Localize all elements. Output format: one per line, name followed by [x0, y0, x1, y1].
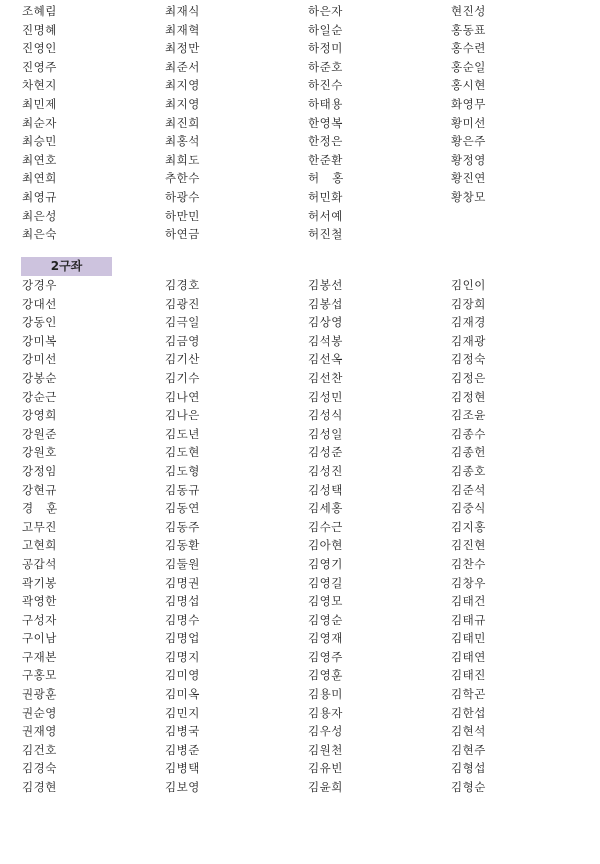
name-cell: 김명지 [165, 648, 200, 667]
name-cell: 김석봉 [308, 332, 343, 351]
name-cell: 진영주 [22, 58, 57, 77]
name-cell: 김성식 [308, 406, 343, 425]
name-row: 최연희추한수허 홍황진연 [0, 169, 600, 188]
name-cell: 곽기봉 [22, 574, 57, 593]
name-cell: 차현지 [22, 76, 57, 95]
name-cell: 김영모 [308, 592, 343, 611]
name-cell: 강정임 [22, 462, 57, 481]
name-cell: 강현규 [22, 481, 57, 500]
name-row: 곽기봉김명권김영길김창우 [0, 574, 600, 593]
name-cell: 한정은 [308, 132, 343, 151]
name-cell: 김형순 [451, 778, 486, 797]
name-cell: 구재본 [22, 648, 57, 667]
name-cell: 추한수 [165, 169, 200, 188]
name-cell: 김학곤 [451, 685, 486, 704]
name-row: 강원준김도년김성일김종수 [0, 425, 600, 444]
name-cell: 한준환 [308, 151, 343, 170]
name-cell: 조혜림 [22, 2, 57, 21]
name-cell: 김진현 [451, 536, 486, 555]
name-row: 강미선김기산김선옥김정숙 [0, 350, 600, 369]
name-row: 고현희김동환김아현김진현 [0, 536, 600, 555]
name-cell: 최영규 [22, 188, 57, 207]
name-cell: 김형섭 [451, 759, 486, 778]
name-cell: 김병택 [165, 759, 200, 778]
name-cell: 김수근 [308, 518, 343, 537]
name-row: 김건호김병준김원천김현주 [0, 741, 600, 760]
name-cell: 김동주 [165, 518, 200, 537]
name-cell: 권광훈 [22, 685, 57, 704]
name-cell: 김현주 [451, 741, 486, 760]
name-cell: 하연금 [165, 225, 200, 244]
name-cell: 최연호 [22, 151, 57, 170]
name-cell: 진명혜 [22, 21, 57, 40]
name-row: 권재영김병국김우성김현석 [0, 722, 600, 741]
name-cell: 김종호 [451, 462, 486, 481]
name-cell: 김태건 [451, 592, 486, 611]
name-cell: 김영재 [308, 629, 343, 648]
name-cell: 김창우 [451, 574, 486, 593]
name-cell: 곽영한 [22, 592, 57, 611]
name-cell: 홍수련 [451, 39, 486, 58]
name-cell: 김기수 [165, 369, 200, 388]
name-cell: 최준서 [165, 58, 200, 77]
name-cell: 하정미 [308, 39, 343, 58]
name-row: 권광훈김미옥김용미김학곤 [0, 685, 600, 704]
name-row: 고무진김동주김수근김지홍 [0, 518, 600, 537]
name-row: 경 훈김동연김세홍김중식 [0, 499, 600, 518]
name-cell: 강대선 [22, 295, 57, 314]
name-row: 조혜림최재식하은자현진성 [0, 2, 600, 21]
name-cell: 김성진 [308, 462, 343, 481]
name-row: 최은숙하연금허진철 [0, 225, 600, 244]
name-cell: 김성민 [308, 388, 343, 407]
name-cell: 최순자 [22, 114, 57, 133]
name-cell: 김태민 [451, 629, 486, 648]
name-row: 강정임김도형김성진김종호 [0, 462, 600, 481]
name-cell: 김명수 [165, 611, 200, 630]
name-cell: 김영길 [308, 574, 343, 593]
name-cell: 화영무 [451, 95, 486, 114]
name-row: 강미복김금영김석봉김재광 [0, 332, 600, 351]
name-cell: 최은성 [22, 207, 57, 226]
name-cell: 최민제 [22, 95, 57, 114]
name-cell: 최재식 [165, 2, 200, 21]
name-cell: 김유빈 [308, 759, 343, 778]
name-cell: 김정숙 [451, 350, 486, 369]
name-cell: 김중식 [451, 499, 486, 518]
name-cell: 최정만 [165, 39, 200, 58]
name-cell: 홍시현 [451, 76, 486, 95]
name-cell: 김태연 [451, 648, 486, 667]
name-cell: 강미선 [22, 350, 57, 369]
name-cell: 김종수 [451, 425, 486, 444]
name-cell: 김동환 [165, 536, 200, 555]
name-cell: 하일순 [308, 21, 343, 40]
name-row: 강경우김경호김봉선김인이 [0, 276, 600, 295]
name-cell: 김재광 [451, 332, 486, 351]
name-cell: 고현희 [22, 536, 57, 555]
name-cell: 김민지 [165, 704, 200, 723]
name-cell: 김성택 [308, 481, 343, 500]
name-row: 강봉순김기수김선찬김정은 [0, 369, 600, 388]
name-row: 김경현김보영김윤희김형순 [0, 778, 600, 797]
name-cell: 강경우 [22, 276, 57, 295]
name-row: 권순영김민지김용자김한섭 [0, 704, 600, 723]
name-row: 최연호최희도한준환황정영 [0, 151, 600, 170]
name-cell: 김경현 [22, 778, 57, 797]
name-cell: 강순근 [22, 388, 57, 407]
name-row: 최순자최진희한영복황미선 [0, 114, 600, 133]
name-cell: 황정영 [451, 151, 486, 170]
name-cell: 최지영 [165, 95, 200, 114]
name-cell: 황미선 [451, 114, 486, 133]
name-row: 강원호김도현김성준김종헌 [0, 443, 600, 462]
name-cell: 최진희 [165, 114, 200, 133]
name-cell: 김명업 [165, 629, 200, 648]
name-cell: 김건호 [22, 741, 57, 760]
name-cell: 김정현 [451, 388, 486, 407]
name-cell: 김준석 [451, 481, 486, 500]
name-cell: 현진성 [451, 2, 486, 21]
name-cell: 김광진 [165, 295, 200, 314]
name-cell: 김봉섭 [308, 295, 343, 314]
name-cell: 김재경 [451, 313, 486, 332]
name-cell: 권재영 [22, 722, 57, 741]
name-cell: 김지홍 [451, 518, 486, 537]
name-cell: 김원천 [308, 741, 343, 760]
name-row: 강동인김극일김상영김재경 [0, 313, 600, 332]
name-cell: 김현석 [451, 722, 486, 741]
name-row: 공갑석김둘원김영기김찬수 [0, 555, 600, 574]
name-cell: 김용미 [308, 685, 343, 704]
name-cell: 김동규 [165, 481, 200, 500]
name-cell: 김미옥 [165, 685, 200, 704]
name-cell: 김영주 [308, 648, 343, 667]
name-cell: 황은주 [451, 132, 486, 151]
name-cell: 김병국 [165, 722, 200, 741]
name-cell: 구이남 [22, 629, 57, 648]
name-cell: 권순영 [22, 704, 57, 723]
name-cell: 김성준 [308, 443, 343, 462]
name-cell: 최홍석 [165, 132, 200, 151]
name-row: 구홍모김미영김영훈김태진 [0, 666, 600, 685]
name-row: 강대선김광진김봉섭김장희 [0, 295, 600, 314]
name-cell: 김도년 [165, 425, 200, 444]
name-cell: 김둘원 [165, 555, 200, 574]
name-cell: 김영기 [308, 555, 343, 574]
name-cell: 김나은 [165, 406, 200, 425]
name-cell: 김선옥 [308, 350, 343, 369]
name-cell: 최지영 [165, 76, 200, 95]
section-1-name-list: 조혜림최재식하은자현진성진명혜최재혁하일순홍동표진영인최정만하정미홍수련진영주최… [0, 2, 600, 244]
name-cell: 김명섭 [165, 592, 200, 611]
name-cell: 최희도 [165, 151, 200, 170]
section-2-header: 2구좌 [21, 257, 112, 276]
name-row: 최승민최홍석한정은황은주 [0, 132, 600, 151]
name-cell: 강영희 [22, 406, 57, 425]
name-cell: 김아현 [308, 536, 343, 555]
name-cell: 김극일 [165, 313, 200, 332]
name-cell: 하만민 [165, 207, 200, 226]
section-2-name-list: 강경우김경호김봉선김인이강대선김광진김봉섭김장희강동인김극일김상영김재경강미복김… [0, 276, 600, 797]
name-cell: 김우성 [308, 722, 343, 741]
name-row: 강현규김동규김성택김준석 [0, 481, 600, 500]
name-cell: 경 훈 [22, 499, 58, 518]
name-cell: 김미영 [165, 666, 200, 685]
name-cell: 김도현 [165, 443, 200, 462]
name-cell: 김영순 [308, 611, 343, 630]
name-row: 김경숙김병택김유빈김형섭 [0, 759, 600, 778]
name-cell: 최재혁 [165, 21, 200, 40]
name-cell: 김명권 [165, 574, 200, 593]
name-cell: 강봉순 [22, 369, 57, 388]
name-cell: 강원준 [22, 425, 57, 444]
name-cell: 김종헌 [451, 443, 486, 462]
name-cell: 김보영 [165, 778, 200, 797]
name-cell: 허 홍 [308, 169, 344, 188]
name-cell: 김윤희 [308, 778, 343, 797]
name-row: 강순근김나연김성민김정현 [0, 388, 600, 407]
name-cell: 김세홍 [308, 499, 343, 518]
name-cell: 홍동표 [451, 21, 486, 40]
name-cell: 최승민 [22, 132, 57, 151]
name-row: 구이남김명업김영재김태민 [0, 629, 600, 648]
name-cell: 최은숙 [22, 225, 57, 244]
name-cell: 황진연 [451, 169, 486, 188]
name-cell: 김영훈 [308, 666, 343, 685]
name-cell: 허진철 [308, 225, 343, 244]
name-row: 곽영한김명섭김영모김태건 [0, 592, 600, 611]
name-cell: 김상영 [308, 313, 343, 332]
name-cell: 김태규 [451, 611, 486, 630]
name-cell: 황창모 [451, 188, 486, 207]
name-cell: 고무진 [22, 518, 57, 537]
name-cell: 하광수 [165, 188, 200, 207]
name-cell: 김봉선 [308, 276, 343, 295]
name-cell: 김금영 [165, 332, 200, 351]
name-cell: 홍순일 [451, 58, 486, 77]
name-cell: 최연희 [22, 169, 57, 188]
name-cell: 구홍모 [22, 666, 57, 685]
name-cell: 김동연 [165, 499, 200, 518]
name-cell: 김나연 [165, 388, 200, 407]
name-cell: 허서예 [308, 207, 343, 226]
name-cell: 구성자 [22, 611, 57, 630]
name-cell: 김장희 [451, 295, 486, 314]
name-cell: 강미복 [22, 332, 57, 351]
name-cell: 김선찬 [308, 369, 343, 388]
name-cell: 하진수 [308, 76, 343, 95]
name-cell: 진영인 [22, 39, 57, 58]
name-cell: 공갑석 [22, 555, 57, 574]
name-cell: 김기산 [165, 350, 200, 369]
name-row: 진영인최정만하정미홍수련 [0, 39, 600, 58]
name-cell: 김태진 [451, 666, 486, 685]
name-cell: 강동인 [22, 313, 57, 332]
name-cell: 김한섭 [451, 704, 486, 723]
name-cell: 김경숙 [22, 759, 57, 778]
name-cell: 허민화 [308, 188, 343, 207]
name-row: 최영규하광수허민화황창모 [0, 188, 600, 207]
name-cell: 김인이 [451, 276, 486, 295]
name-cell: 하태용 [308, 95, 343, 114]
name-cell: 하은자 [308, 2, 343, 21]
name-row: 진명혜최재혁하일순홍동표 [0, 21, 600, 40]
name-cell: 김병준 [165, 741, 200, 760]
name-row: 최은성하만민허서예 [0, 207, 600, 226]
name-cell: 한영복 [308, 114, 343, 133]
name-cell: 김조윤 [451, 406, 486, 425]
name-row: 진영주최준서하준호홍순일 [0, 58, 600, 77]
name-cell: 김경호 [165, 276, 200, 295]
name-row: 구재본김명지김영주김태연 [0, 648, 600, 667]
name-cell: 강원호 [22, 443, 57, 462]
name-cell: 김정은 [451, 369, 486, 388]
name-row: 차현지최지영하진수홍시현 [0, 76, 600, 95]
name-cell: 김찬수 [451, 555, 486, 574]
name-row: 최민제최지영하태용화영무 [0, 95, 600, 114]
name-row: 구성자김명수김영순김태규 [0, 611, 600, 630]
name-cell: 김용자 [308, 704, 343, 723]
name-row: 강영희김나은김성식김조윤 [0, 406, 600, 425]
name-cell: 하준호 [308, 58, 343, 77]
name-cell: 김도형 [165, 462, 200, 481]
name-cell: 김성일 [308, 425, 343, 444]
